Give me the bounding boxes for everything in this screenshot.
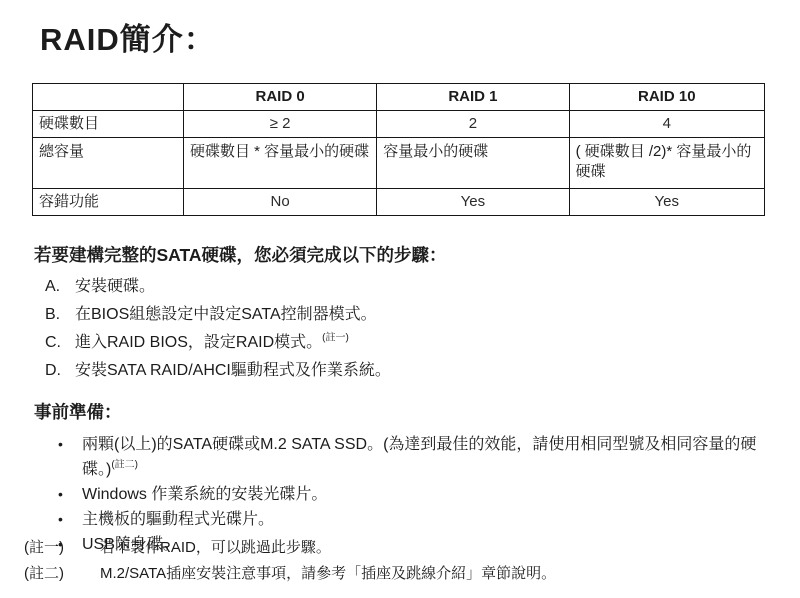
table-row: 總容量 硬碟數目 * 容量最小的硬碟 容量最小的硬碟 ( 硬碟數目 /2)* 容… xyxy=(33,138,765,189)
footnote-label: (註一) xyxy=(24,536,100,557)
row-label-fault-tolerance: 容錯功能 xyxy=(33,189,184,216)
bullet-text: 兩顆(以上)的SATA硬碟或M.2 SATA SSD。(為達到最佳的效能，請使用… xyxy=(82,432,770,482)
prep-section-heading: 事前準備： xyxy=(34,399,800,424)
bullet-icon: • xyxy=(58,507,82,532)
cell-value: 硬碟數目 * 容量最小的硬碟 xyxy=(183,138,376,189)
step-text: 安裝硬碟。 xyxy=(75,273,155,296)
row-label-total-capacity: 總容量 xyxy=(33,138,184,189)
footnote-label: (註二) xyxy=(24,562,100,583)
cell-value: Yes xyxy=(377,189,569,216)
footnote-ref: (註二) xyxy=(111,460,138,471)
footnote-ref: (註一) xyxy=(322,333,349,344)
table-header-raid1: RAID 1 xyxy=(377,84,569,111)
steps-section-heading: 若要建構完整的SATA硬碟，您必須完成以下的步驟： xyxy=(34,242,800,267)
table-header-raid10: RAID 10 xyxy=(569,84,764,111)
cell-value: ≥ 2 xyxy=(183,111,376,138)
row-label-disk-count: 硬碟數目 xyxy=(33,111,184,138)
cell-value: Yes xyxy=(569,189,764,216)
cell-value: ( 硬碟數目 /2)* 容量最小的硬碟 xyxy=(569,138,764,189)
footnotes-block: (註一) 若不製作RAID，可以跳過此步驟。 (註二) M.2/SATA插座安裝… xyxy=(24,536,556,588)
bullet-text: Windows 作業系統的安裝光碟片。 xyxy=(82,482,770,507)
cell-value: No xyxy=(183,189,376,216)
list-item: B. 在BIOS組態設定中設定SATA控制器模式。 xyxy=(45,301,800,329)
list-item: D. 安裝SATA RAID/AHCI驅動程式及作業系統。 xyxy=(45,357,800,385)
cell-value: 2 xyxy=(377,111,569,138)
bullet-icon: • xyxy=(58,432,82,457)
footnote-text: 若不製作RAID，可以跳過此步驟。 xyxy=(100,536,331,557)
list-item: • 主機板的驅動程式光碟片。 xyxy=(58,507,800,532)
footnote: (註二) M.2/SATA插座安裝注意事項，請參考「插座及跳線介紹」章節說明。 xyxy=(24,562,556,588)
bullet-icon: • xyxy=(58,482,82,507)
step-marker: D. xyxy=(45,362,75,380)
step-text: 安裝SATA RAID/AHCI驅動程式及作業系統。 xyxy=(75,357,391,380)
footnote-text: M.2/SATA插座安裝注意事項，請參考「插座及跳線介紹」章節說明。 xyxy=(100,562,556,583)
step-text: 進入RAID BIOS，設定RAID模式。(註一) xyxy=(75,329,349,352)
cell-value: 4 xyxy=(569,111,764,138)
table-header-row: RAID 0 RAID 1 RAID 10 xyxy=(33,84,765,111)
list-item: C. 進入RAID BIOS，設定RAID模式。(註一) xyxy=(45,329,800,357)
manual-page: RAID簡介： RAID 0 RAID 1 RAID 10 硬碟數目 ≥ 2 2… xyxy=(0,0,800,598)
table-row: 硬碟數目 ≥ 2 2 4 xyxy=(33,111,765,138)
page-title: RAID簡介： xyxy=(40,14,800,59)
step-text: 在BIOS組態設定中設定SATA控制器模式。 xyxy=(75,301,377,324)
table-header-raid0: RAID 0 xyxy=(183,84,376,111)
raid-comparison-table: RAID 0 RAID 1 RAID 10 硬碟數目 ≥ 2 2 4 總容量 硬… xyxy=(32,83,765,216)
step-marker: A. xyxy=(45,278,75,296)
table-row: 容錯功能 No Yes Yes xyxy=(33,189,765,216)
steps-list: A. 安裝硬碟。 B. 在BIOS組態設定中設定SATA控制器模式。 C. 進入… xyxy=(45,273,800,385)
table-header-empty xyxy=(33,84,184,111)
step-marker: B. xyxy=(45,306,75,324)
cell-value: 容量最小的硬碟 xyxy=(377,138,569,189)
list-item: A. 安裝硬碟。 xyxy=(45,273,800,301)
list-item: • 兩顆(以上)的SATA硬碟或M.2 SATA SSD。(為達到最佳的效能，請… xyxy=(58,432,800,482)
list-item: • Windows 作業系統的安裝光碟片。 xyxy=(58,482,800,507)
bullet-text: 主機板的驅動程式光碟片。 xyxy=(82,507,770,532)
step-marker: C. xyxy=(45,334,75,352)
footnote: (註一) 若不製作RAID，可以跳過此步驟。 xyxy=(24,536,556,562)
